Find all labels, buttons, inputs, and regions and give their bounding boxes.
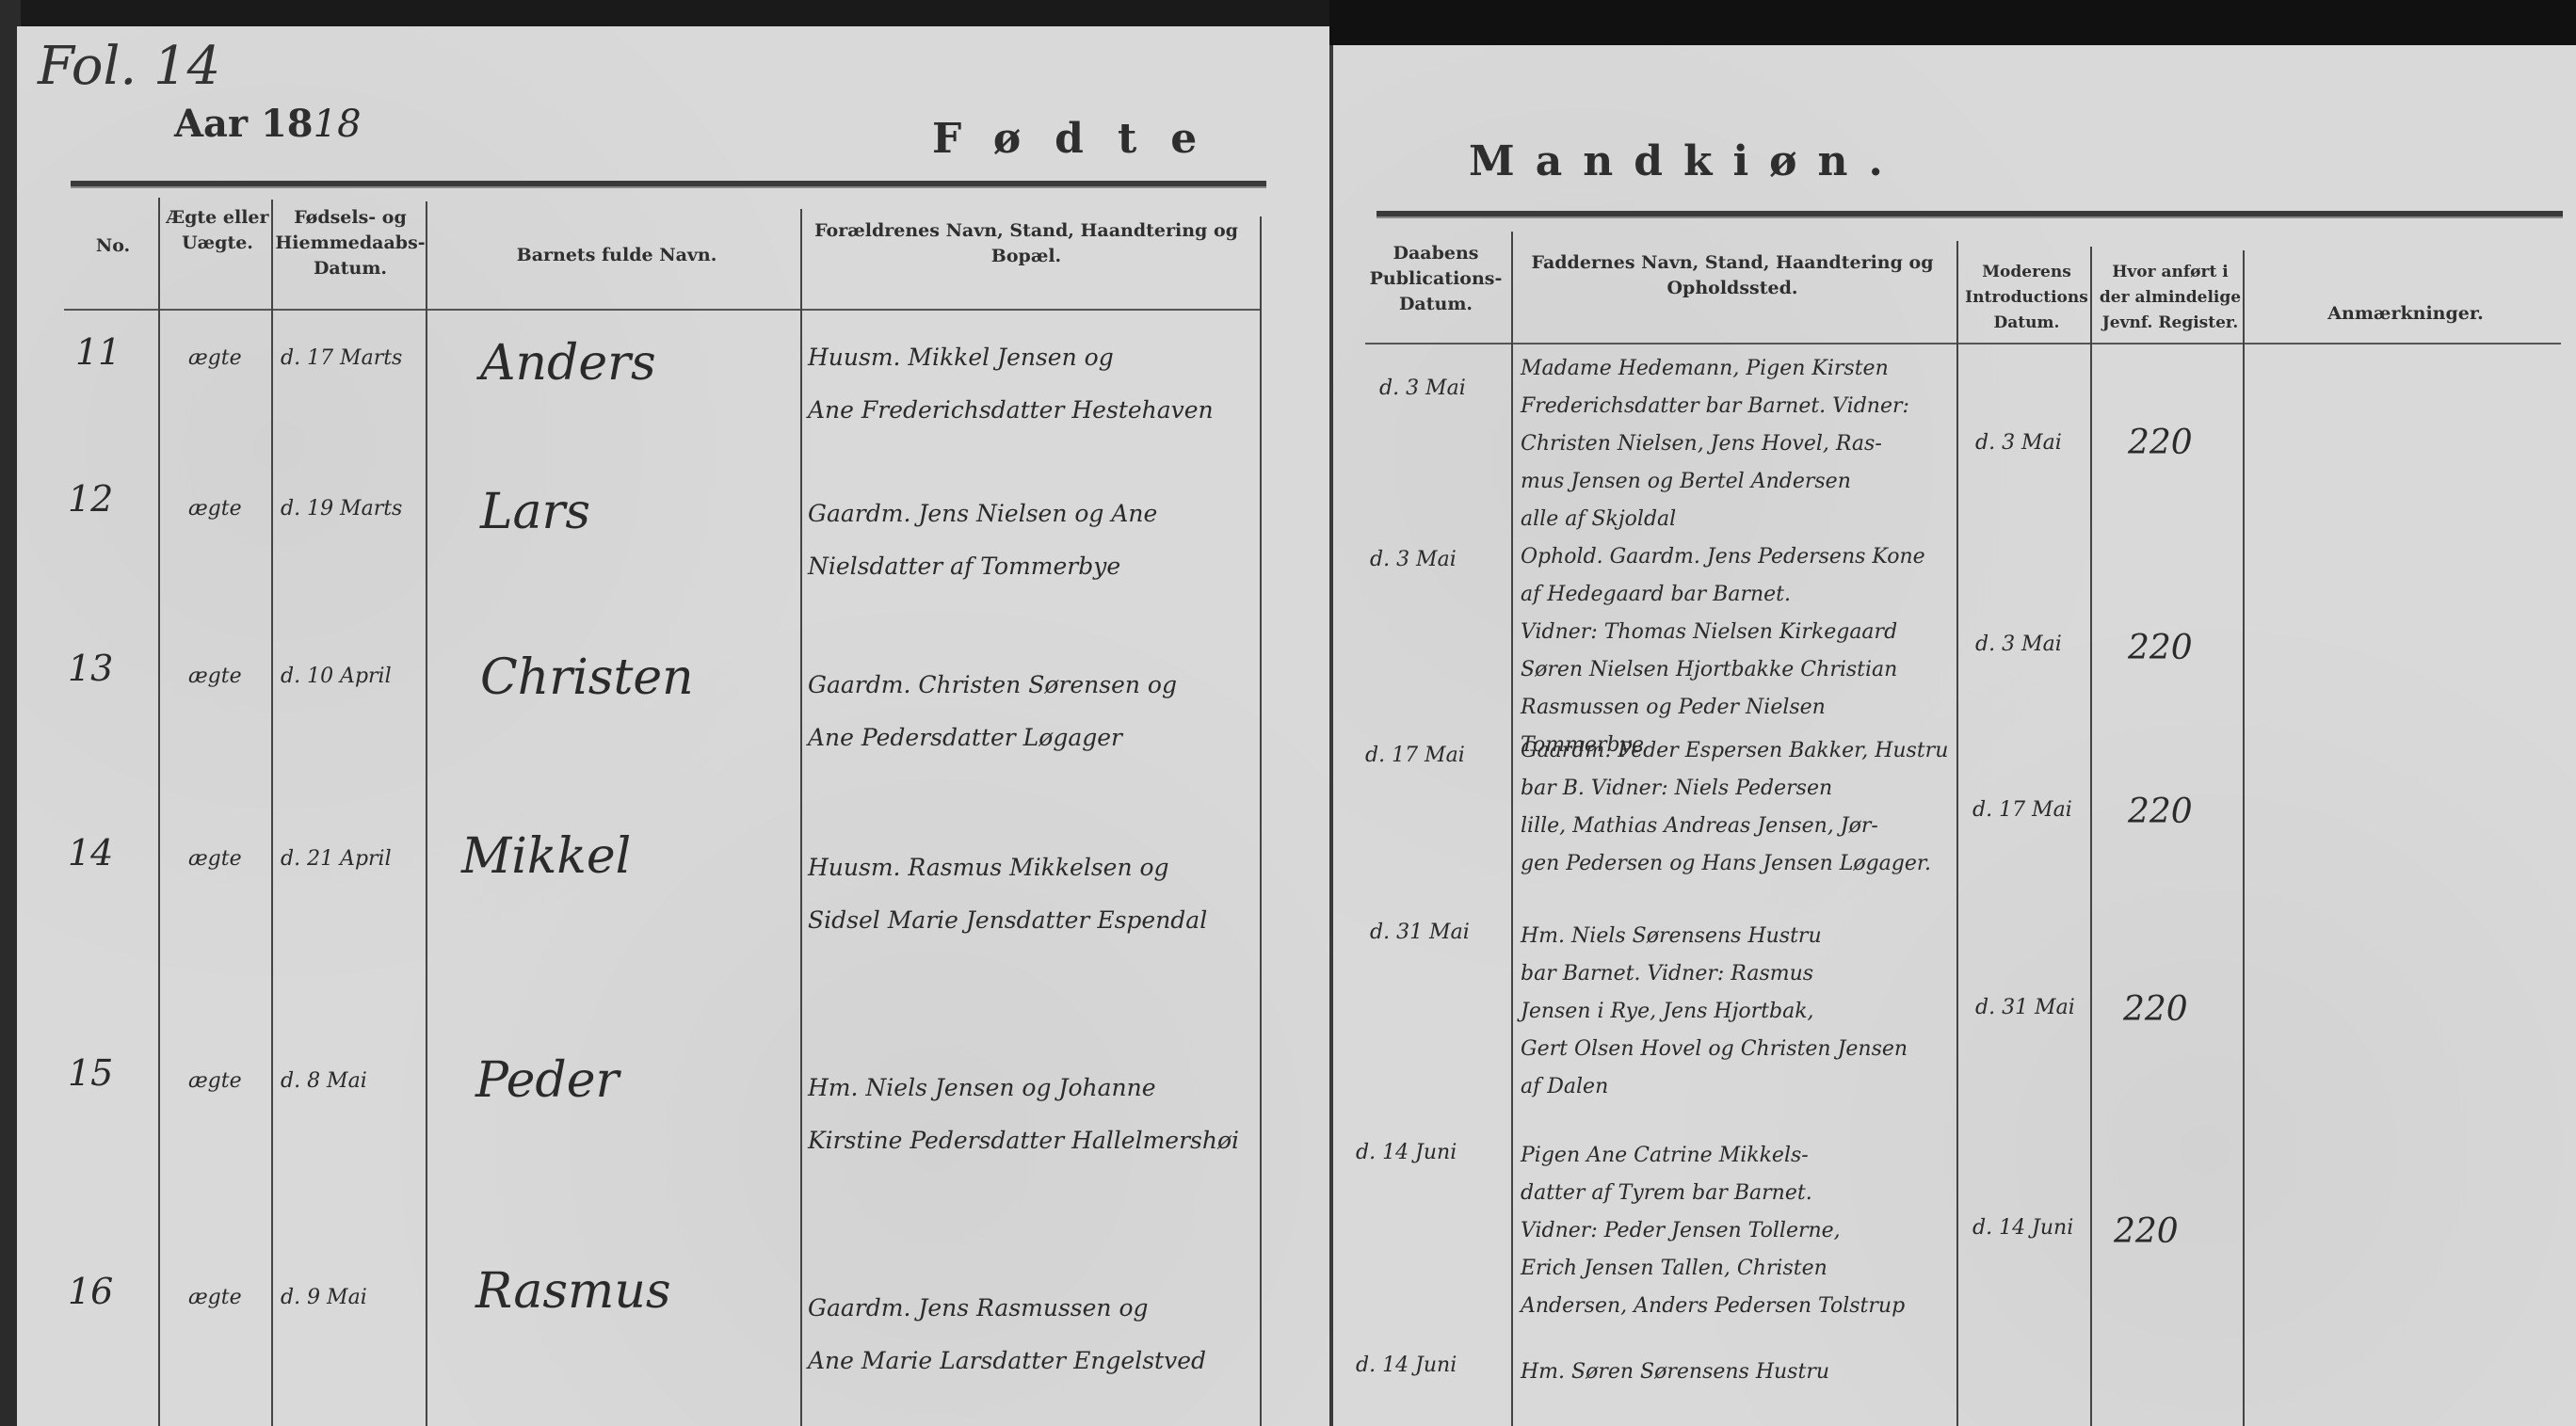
entry-legit: ægte [188,665,242,688]
page-title-left: Fødte [932,115,1231,163]
entry-child-name: Christen [480,649,694,706]
entry-parents: Gaardm. Jens Nielsen og Ane Nielsdatter … [808,488,1260,593]
godparents-line: Andersen, Anders Pedersen Tolstrup [1521,1288,1954,1325]
column-divider [800,209,802,1426]
year-printed: Aar 18 [174,102,314,146]
header-birth-date: Fødsels- og Hiemmedaabs-Datum. [275,205,426,281]
entry-parents: Huusm. Mikkel Jensen og Ane Frederichsda… [808,331,1260,437]
column-divider [426,201,427,1426]
parents-line: Ane Frederichsdatter Hestehaven [808,384,1260,437]
header-rule-right [1377,211,2563,218]
parents-line: Gaardm. Christen Sørensen og [808,659,1260,712]
godparents-line: af Dalen [1521,1068,1954,1106]
entry-mother-intro: d. 3 Mai [1975,633,2062,656]
entry-parents: Huusm. Rasmus Mikkelsen og Sidsel Marie … [808,841,1260,947]
godparents-line: Vidner: Thomas Nielsen Kirkegaard [1521,614,1954,651]
godparents-line: Frederichsdatter bar Barnet. Vidner: [1521,388,1954,425]
entry-legit: ægte [188,1286,242,1309]
entry-birth-date: d. 8 Mai [281,1069,367,1093]
column-divider [1511,232,1513,1426]
godparents-line: mus Jensen og Bertel Andersen [1521,463,1954,501]
parents-line: Ane Marie Larsdatter Engelstved [808,1335,1260,1387]
entry-birth-date: d. 21 April [281,847,392,871]
header-child-name: Barnets fulde Navn. [433,243,800,268]
header-legit: Ægte eller Uægte. [162,205,273,256]
entry-no: 16 [68,1271,113,1312]
entry-child-name: Mikkel [461,828,631,885]
entry-birth-date: d. 17 Marts [281,346,402,370]
entry-baptism-date: d. 17 Mai [1365,744,1465,767]
godparents-line: Gaardm. Peder Espersen Bakker, Hustru [1521,732,1954,770]
entry-no: 14 [68,832,113,873]
godparents-line: Jensen i Rye, Jens Hjortbak, [1521,993,1954,1031]
column-divider [271,200,273,1426]
entry-baptism-date: d. 31 Mai [1370,921,1470,944]
column-divider [1260,216,1262,1426]
entry-baptism-date: d. 14 Juni [1356,1354,1457,1377]
entry-child-name: Rasmus [475,1263,671,1320]
parents-line: Huusm. Mikkel Jensen og [808,331,1260,384]
header-rule-left [71,181,1266,188]
entry-legit: ægte [188,847,242,871]
header-register: Hvor anført i der almindelige Jevnf. Reg… [2095,260,2246,336]
godparents-line: bar B. Vidner: Niels Pedersen [1521,770,1954,808]
entry-baptism-date: d. 3 Mai [1370,548,1457,571]
godparents-line: Hm. Niels Sørensens Hustru [1521,918,1954,955]
entry-child-name: Lars [480,484,590,540]
godparents-line: bar Barnet. Vidner: Rasmus [1521,955,1954,993]
header-remarks: Anmærkninger. [2250,301,2561,327]
entry-register: 220 [2123,990,2188,1029]
column-divider [158,198,160,1426]
godparents-line: Erich Jensen Tallen, Christen [1521,1250,1954,1288]
entry-legit: ægte [188,346,242,370]
parents-line: Nielsdatter af Tommerbye [808,540,1260,593]
column-divider [2243,250,2245,1426]
godparents-line: Søren Nielsen Hjortbakke Christian [1521,651,1954,689]
godparents-line: Christen Nielsen, Jens Hovel, Ras- [1521,425,1954,463]
page-title-right: Mandkiøn. [1469,137,1904,185]
godparents-line: gen Pedersen og Hans Jensen Løgager. [1521,845,1954,883]
godparents-line: Vidner: Peder Jensen Tollerne, [1521,1212,1954,1250]
godparents-line: Ophold. Gaardm. Jens Pedersens Kone [1521,538,1954,576]
entry-godparents: Gaardm. Peder Espersen Bakker, Hustru ba… [1521,732,1954,883]
year-label: Aar 1818 [174,102,362,146]
godparents-line: Pigen Ane Catrine Mikkels- [1521,1137,1954,1175]
entry-parents: Hm. Niels Jensen og Johanne Kirstine Ped… [808,1062,1260,1167]
entry-register: 220 [2114,1212,2179,1251]
header-no: No. [66,233,160,259]
entry-no: 15 [68,1052,113,1094]
entry-godparents: Ophold. Gaardm. Jens Pedersens Kone af H… [1521,538,1954,764]
godparents-line: alle af Skjoldal [1521,501,1954,538]
header-godparents: Faddernes Navn, Stand, Haandtering og Op… [1521,250,1944,301]
entry-birth-date: d. 9 Mai [281,1286,367,1309]
entry-mother-intro: d. 14 Juni [1972,1216,2073,1240]
header-underline-right [1365,343,2561,344]
header-underline-left [64,309,1260,311]
entry-register: 220 [2128,793,2193,831]
entry-birth-date: d. 10 April [281,665,392,688]
entry-godparents: Pigen Ane Catrine Mikkels- datter af Tyr… [1521,1137,1954,1325]
parents-line: Huusm. Rasmus Mikkelsen og [808,841,1260,894]
entry-no: 13 [68,648,113,689]
header-mother-intro: Moderens Introductions Datum. [1963,260,2090,336]
entry-parents: Gaardm. Christen Sørensen og Ane Pedersd… [808,659,1260,764]
parents-line: Gaardm. Jens Nielsen og Ane [808,488,1260,540]
entry-birth-date: d. 19 Marts [281,497,402,521]
godparents-line: Gert Olsen Hovel og Christen Jensen [1521,1031,1954,1068]
parents-line: Ane Pedersdatter Løgager [808,712,1260,764]
entry-register: 220 [2128,424,2193,462]
parents-line: Kirstine Pedersdatter Hallelmershøi [808,1114,1260,1167]
entry-legit: ægte [188,497,242,521]
entry-child-name: Peder [475,1052,619,1109]
godparents-line: Hm. Søren Sørensens Hustru [1521,1354,1954,1391]
parents-line: Sidsel Marie Jensdatter Espendal [808,894,1260,947]
header-baptism-date: Daabens Publications-Datum. [1365,241,1506,317]
column-divider [2090,247,2092,1426]
header-parents: Forældrenes Navn, Stand, Haandtering og … [810,218,1243,269]
column-divider [1956,241,1958,1426]
entry-register: 220 [2128,629,2193,667]
godparents-line: datter af Tyrem bar Barnet. [1521,1175,1954,1212]
entry-godparents: Hm. Søren Sørensens Hustru [1521,1354,1954,1391]
parents-line: Gaardm. Jens Rasmussen og [808,1282,1260,1335]
godparents-line: Madame Hedemann, Pigen Kirsten [1521,350,1954,388]
entry-mother-intro: d. 31 Mai [1975,996,2075,1019]
entry-mother-intro: d. 3 Mai [1975,431,2062,455]
godparents-line: lille, Mathias Andreas Jensen, Jør- [1521,808,1954,845]
entry-mother-intro: d. 17 Mai [1972,798,2072,822]
parents-line: Hm. Niels Jensen og Johanne [808,1062,1260,1114]
folio-number: Fol. 14 [38,36,220,97]
entry-godparents: Madame Hedemann, Pigen Kirsten Frederich… [1521,350,1954,538]
entry-child-name: Anders [480,335,656,392]
entry-legit: ægte [188,1069,242,1093]
entry-parents: Gaardm. Jens Rasmussen og Ane Marie Lars… [808,1282,1260,1387]
entry-godparents: Hm. Niels Sørensens Hustru bar Barnet. V… [1521,918,1954,1106]
entry-no: 12 [68,478,113,520]
godparents-line: af Hedegaard bar Barnet. [1521,576,1954,614]
entry-no: 11 [75,331,121,373]
entry-baptism-date: d. 14 Juni [1356,1141,1457,1164]
entry-baptism-date: d. 3 Mai [1379,377,1466,400]
year-handwritten: 18 [314,103,362,146]
